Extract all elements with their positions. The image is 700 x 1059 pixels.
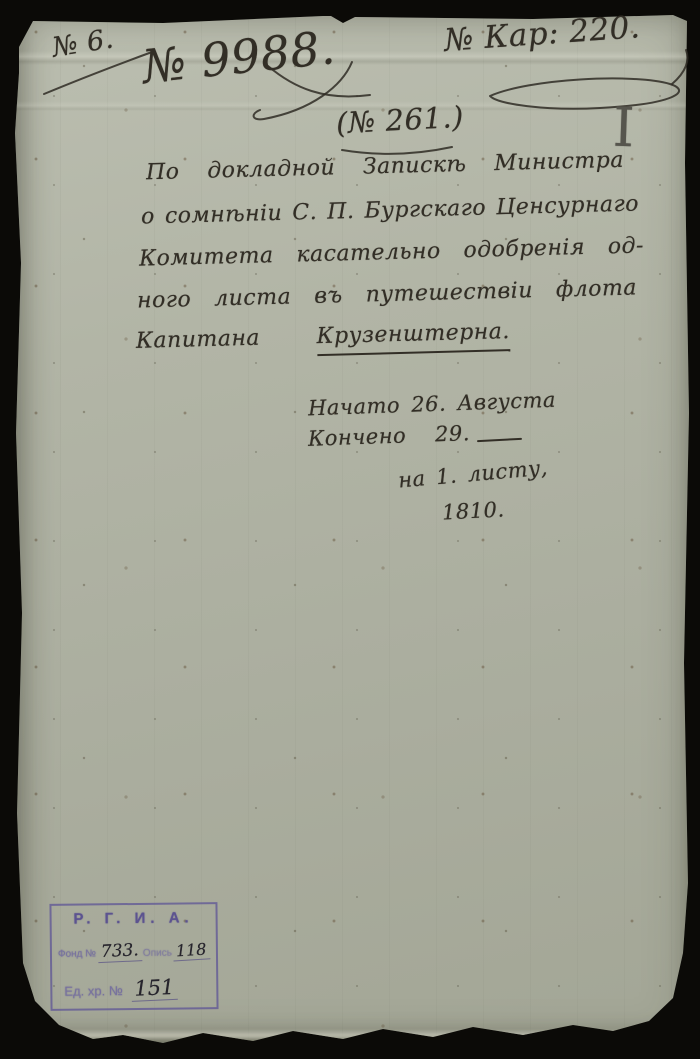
archival-document-scan: № 6. № 9988. № Кар: 220. (№ 261.) I По д…: [0, 0, 700, 1059]
archive-name: Р. Г. И. А.: [57, 909, 211, 928]
archive-stamp: Р. Г. И. А. Фонд № 733. Опись 118 Ед. хр…: [49, 902, 218, 1011]
item-number: 151: [131, 977, 178, 1002]
fond-label: Фонд №: [58, 948, 96, 959]
stamp-fond-row: Фонд № 733. Опись 118: [57, 942, 211, 963]
item-label: Ед. хр. №: [64, 983, 123, 999]
case-number: (№ 261.): [335, 100, 464, 141]
title-captain-word: Капитана: [136, 326, 261, 361]
stamp-item-row: Ед. хр. № 151: [57, 977, 211, 1002]
opis-number: 118: [173, 941, 211, 961]
year: 1810.: [441, 497, 505, 524]
opis-label: Опись: [143, 948, 172, 959]
fond-number: 733.: [97, 942, 142, 963]
captain-surname-underlined: Крузенштерна.: [316, 319, 510, 356]
